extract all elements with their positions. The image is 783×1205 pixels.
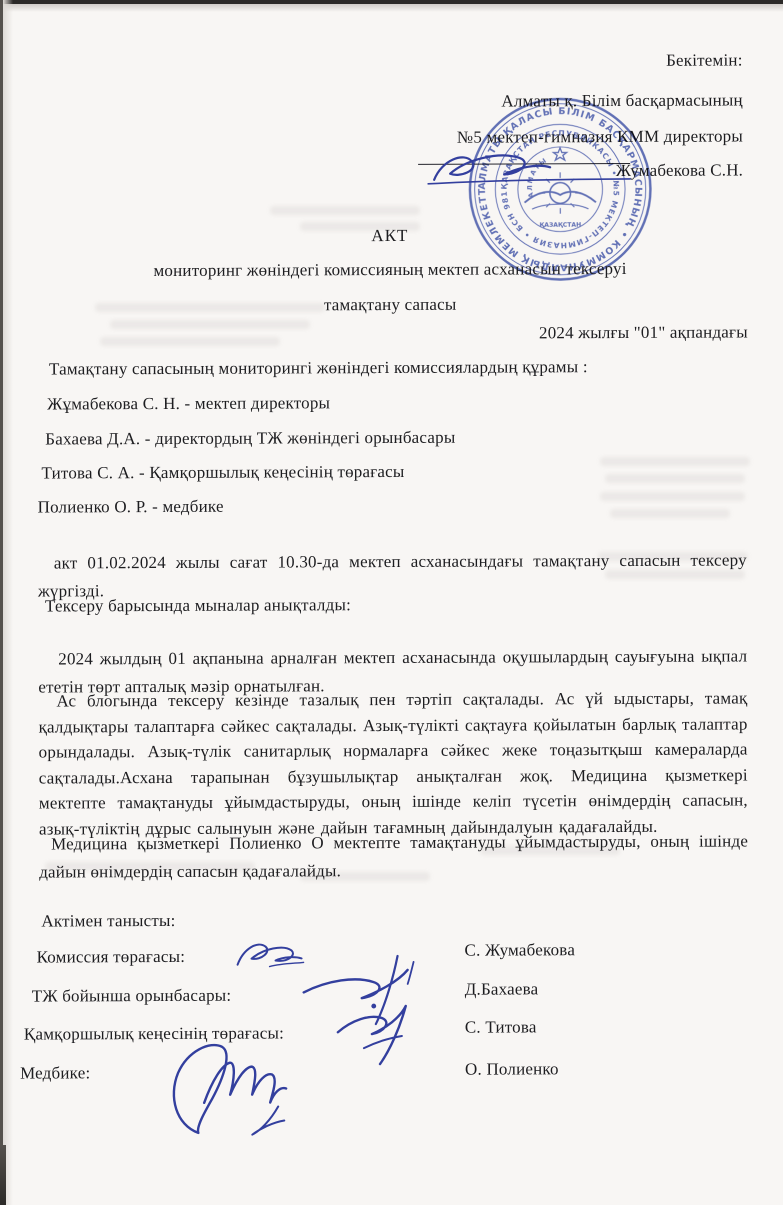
document-subtitle1: мониторинг жөніндегі комиссияның мектеп … bbox=[0, 258, 782, 281]
commission-member: Жұмабекова С. Н. - мектеп директоры bbox=[47, 393, 330, 414]
document-title: АКТ bbox=[0, 224, 781, 247]
approval-label: Бекітемін: bbox=[666, 50, 743, 70]
ack-role: Медбике: bbox=[20, 1063, 90, 1083]
ack-name: Д.Бахаева bbox=[465, 979, 539, 999]
director-handwritten-signature bbox=[426, 149, 646, 196]
paragraph-kitchen-findings: Ас блогында тексеру кезінде тазалық пен … bbox=[38, 685, 748, 842]
ack-name: С. Титова bbox=[465, 1017, 537, 1037]
ack-role: Комиссия төрағасы: bbox=[37, 947, 186, 968]
commission-member: Полиенко О. Р. - медбике bbox=[38, 497, 224, 518]
commission-heading: Тамақтану сапасының мониторингі жөніндег… bbox=[49, 357, 588, 379]
document-date: 2024 жылғы "01" ақпандағы bbox=[539, 322, 748, 343]
ack-role: ТЖ бойынша орынбасары: bbox=[32, 986, 232, 1007]
ack-name: О. Полиенко bbox=[465, 1059, 559, 1079]
ack-name: С. Жумабекова bbox=[464, 940, 575, 960]
commission-member: Бахаева Д.А. - директордың ТЖ жөніндегі … bbox=[45, 428, 455, 450]
document-content: Бекітемін: Алматы қ. Білім басқармасының… bbox=[0, 0, 783, 1205]
signature-polienko bbox=[160, 1036, 294, 1145]
commission-member: Титова С. А. - Қамқоршылық кеңесінің төр… bbox=[41, 462, 404, 484]
signature-titova bbox=[330, 998, 422, 1070]
document-subtitle2: тамақтану сапасы bbox=[0, 293, 782, 316]
paragraph-nurse: Медицина қызметкері Полиенко О мектепте … bbox=[39, 827, 748, 886]
acknowledgement-heading: Актімен танысты: bbox=[41, 911, 175, 932]
scanned-act-document: Бекітемін: Алматы қ. Білім басқармасының… bbox=[0, 0, 783, 1205]
paragraph-findings-heading: Тексеру барысында мыналар анықталды: bbox=[45, 595, 351, 616]
